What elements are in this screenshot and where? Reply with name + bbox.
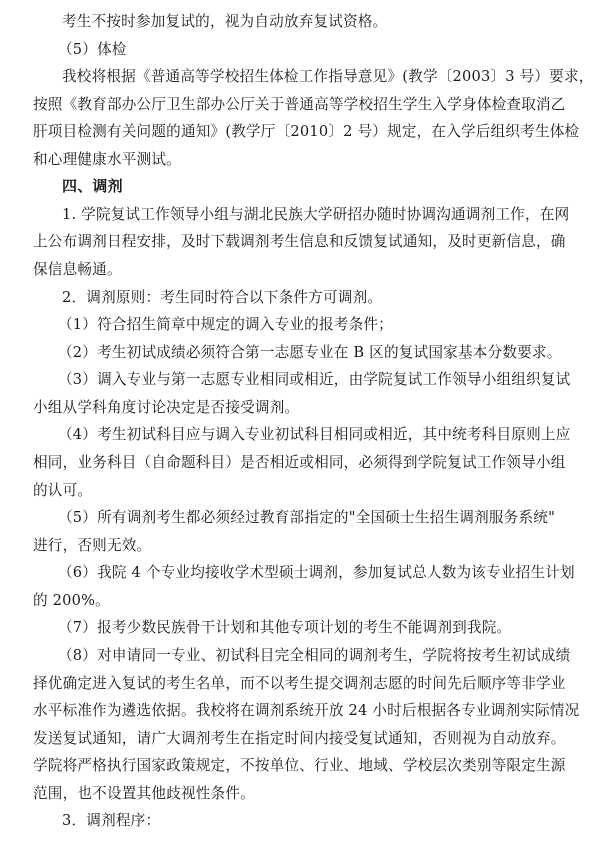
text-line: 水平标准作为遴选依据。我校将在调剂系统开放 24 小时后根据各专业调剂实际情况 [33, 697, 555, 724]
list-item-heading: 2．调剂原则：考生同时符合以下条件方可调剂。 [62, 284, 555, 311]
text-line: 我校将根据《普通高等学校招生体检工作指导意见》(教学〔2003〕3 号）要求， [62, 63, 555, 90]
text-line: 肝项目检测有关问题的通知》(教学厅〔2010〕2 号）规定，在入学后组织考生体检 [33, 118, 555, 145]
text-line: 学院将严格执行国家政策规定，不按单位、行业、地域、学校层次类别等限定生源 [33, 752, 555, 779]
list-item: （5）所有调剂考生都必须经过教育部指定的"全国硕士生招生调剂服务系统" [58, 504, 555, 531]
list-item: （6）我院 4 个专业均接收学术型硕士调剂，参加复试总人数为该专业招生计划 [58, 559, 555, 586]
text-line: 进行，否则无效。 [33, 532, 555, 559]
text-line: 上公布调剂日程安排，及时下载调剂考生信息和反馈复试通知，及时更新信息，确 [33, 228, 555, 255]
text-line: 按照《教育部办公厅卫生部办公厅关于普通高等学校招生学生入学身体检查取消乙 [33, 91, 555, 118]
text-line: 1. 学院复试工作领导小组与湖北民族大学研招办随时协调沟通调剂工作，在网 [62, 201, 555, 228]
section-subheading-physical-exam: （5）体检 [58, 36, 555, 63]
document-page: 考生不按时参加复试的，视为自动放弃复试资格。 （5）体检 我校将根据《普通高等学… [0, 0, 597, 841]
text-line: 范围，也不设置其他歧视性条件。 [33, 780, 555, 807]
text-line: 保信息畅通。 [33, 256, 555, 283]
section-heading-adjustment: 四、调剂 [62, 173, 555, 200]
list-item: （3）调入专业与第一志愿专业相同或相近，由学院复试工作领导小组组织复试 [58, 366, 555, 393]
text-line: 考生不按时参加复试的，视为自动放弃复试资格。 [62, 8, 555, 35]
list-item-heading: 3．调剂程序： [62, 807, 555, 834]
text-line: 的认可。 [33, 477, 555, 504]
list-item: （7）报考少数民族骨干计划和其他专项计划的考生不能调剂到我院。 [58, 614, 555, 641]
text-line: 发送复试通知，请广大调剂考生在指定时间内接受复试通知，否则视为自动放弃。 [33, 725, 555, 752]
list-item: （1）符合招生简章中规定的调入专业的报考条件； [58, 311, 555, 338]
list-item: （8）对申请同一专业、初试科目完全相同的调剂考生，学院将按考生初试成绩 [58, 642, 555, 669]
text-line: 择优确定进入复试的考生名单，而不以考生提交调剂志愿的时间先后顺序等非学业 [33, 670, 555, 697]
text-line: 小组从学科角度讨论决定是否接受调剂。 [33, 394, 555, 421]
text-line: 和心理健康水平测试。 [33, 146, 555, 173]
text-line: 的 200%。 [33, 587, 555, 614]
list-item: （4）考生初试科目应与调入专业初试科目相同或相近，其中统考科目原则上应 [58, 421, 555, 448]
text-line: 相同，业务科目（自命题科目）是否相近或相同，必须得到学院复试工作领导小组 [33, 449, 555, 476]
list-item: （2）考生初试成绩必须符合第一志愿专业在 B 区的复试国家基本分数要求。 [58, 339, 555, 366]
